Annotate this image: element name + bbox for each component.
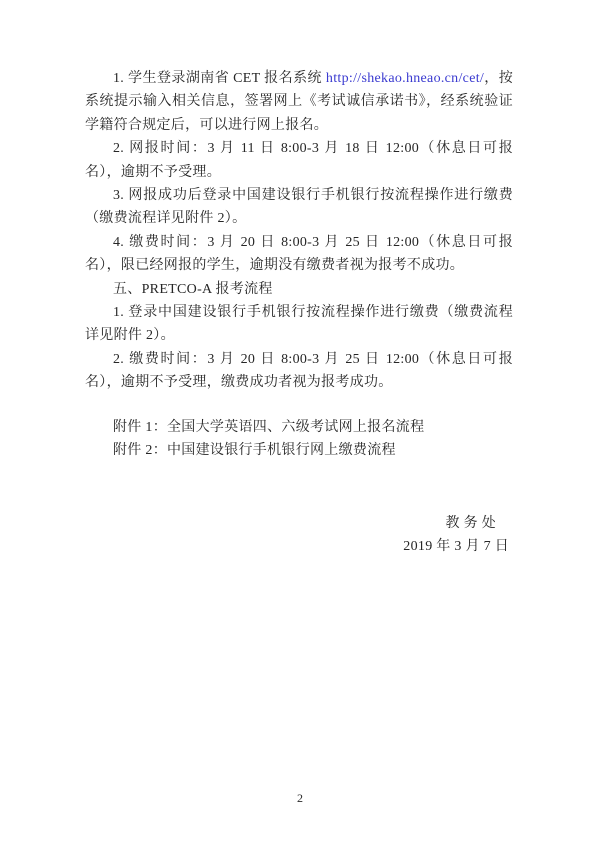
paragraph-cet-registration-step1: 1. 学生登录湖南省 CET 报名系统 http://shekao.hneao.…	[85, 67, 513, 137]
paragraph-pretco-step1: 1. 登录中国建设银行手机银行按流程操作进行缴费（缴费流程详见附件 2）。	[85, 301, 513, 348]
attachments-list: 附件 1：全国大学英语四、六级考试网上报名流程 附件 2：中国建设银行手机银行网…	[85, 416, 513, 463]
paragraph-payment-time: 4. 缴费时间：3 月 20 日 8:00-3 月 25 日 12:00（休息日…	[85, 231, 513, 278]
paragraph-pretco-payment-time: 2. 缴费时间：3 月 20 日 8:00-3 月 25 日 12:00（休息日…	[85, 348, 513, 395]
page-number: 2	[0, 791, 600, 806]
paragraph-online-registration-time: 2. 网报时间：3 月 11 日 8:00-3 月 18 日 12:00（休息日…	[85, 137, 513, 184]
attachment-2-line: 附件 2：中国建设银行手机银行网上缴费流程	[85, 439, 513, 462]
signature-date: 2019 年 3 月 7 日	[85, 535, 513, 558]
attachment-1-line: 附件 1：全国大学英语四、六级考试网上报名流程	[85, 416, 513, 439]
registration-system-link[interactable]: http://shekao.hneao.cn/cet/	[326, 71, 484, 86]
para1-text-before: 1. 学生登录湖南省 CET 报名系统	[113, 71, 326, 86]
document-body: 1. 学生登录湖南省 CET 报名系统 http://shekao.hneao.…	[85, 67, 513, 558]
section-heading-pretco-a: 五、PRETCO-A 报考流程	[85, 278, 513, 301]
signature-block: 教 务 处 2019 年 3 月 7 日	[85, 512, 513, 559]
document-page: 1. 学生登录湖南省 CET 报名系统 http://shekao.hneao.…	[0, 0, 600, 849]
signature-department: 教 务 处	[85, 512, 513, 535]
paragraph-payment-via-bank: 3. 网报成功后登录中国建设银行手机银行按流程操作进行缴费（缴费流程详见附件 2…	[85, 184, 513, 231]
